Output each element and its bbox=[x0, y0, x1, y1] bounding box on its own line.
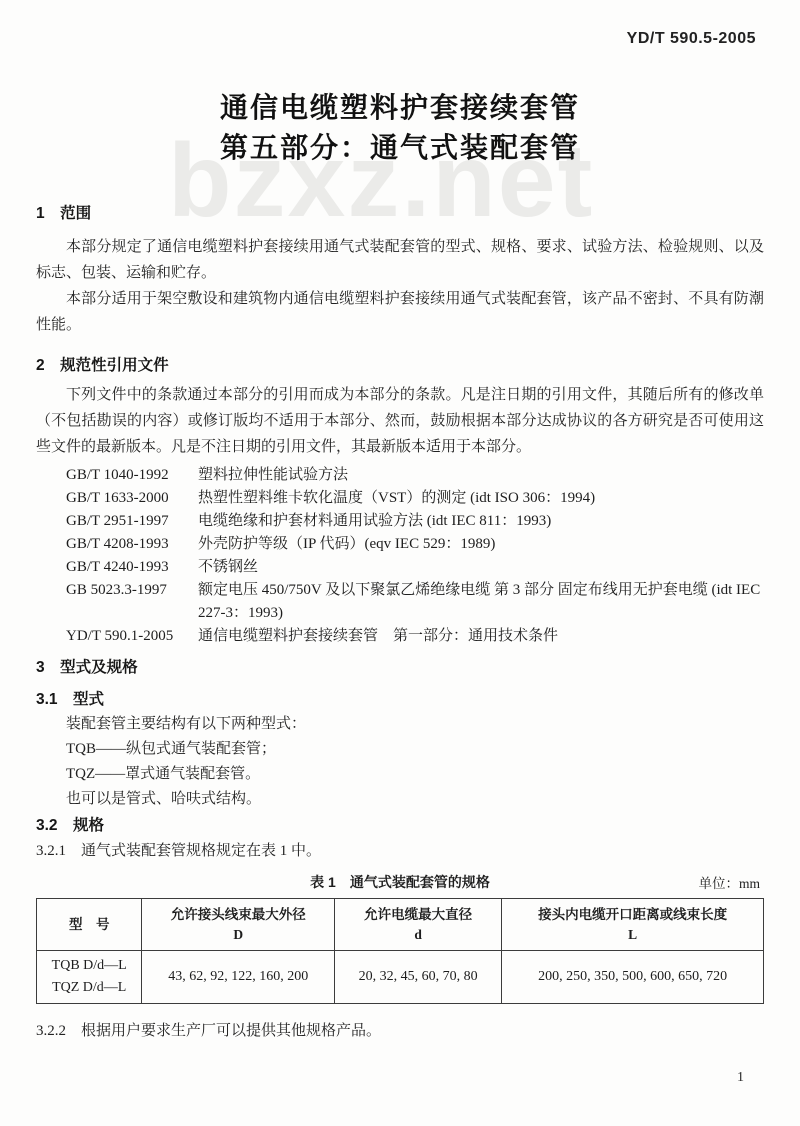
reference-code: YD/T 590.1-2005 bbox=[66, 625, 198, 648]
reference-item: GB/T 1040-1992 塑料拉伸性能试验方法 bbox=[66, 464, 764, 487]
header-d-symbol: d bbox=[337, 925, 499, 945]
header-max-cable-diameter: 允许电缆最大直径 d bbox=[335, 899, 502, 951]
document-title-line1: 通信电缆塑料护套接续套管 bbox=[36, 88, 764, 128]
page-number: 1 bbox=[737, 1070, 744, 1086]
section-3-1-line1: 装配套管主要结构有以下两种型式： bbox=[66, 712, 764, 737]
reference-item: YD/T 590.1-2005 通信电缆塑料护套接续套管 第一部分：通用技术条件 bbox=[66, 625, 764, 648]
reference-title: 不锈钢丝 bbox=[198, 556, 764, 579]
reference-title: 额定电压 450/750V 及以下聚氯乙烯绝缘电缆 第 3 部分 固定布线用无护… bbox=[198, 579, 764, 625]
reference-item: GB/T 2951-1997 电缆绝缘和护套材料通用试验方法 (idt IEC … bbox=[66, 510, 764, 533]
section-3-heading: 3 型式及规格 bbox=[36, 656, 764, 680]
reference-title: 热塑性塑料维卡软化温度（VST）的测定 (idt ISO 306：1994) bbox=[198, 487, 764, 510]
standard-number: YD/T 590.5-2005 bbox=[627, 30, 756, 48]
reference-title: 塑料拉伸性能试验方法 bbox=[198, 464, 764, 487]
section-2-paragraph-1: 下列文件中的条款通过本部分的引用而成为本部分的条款。凡是注日期的引用文件，其随后… bbox=[36, 382, 764, 460]
section-3-2-2-text: 3.2.2 根据用户要求生产厂可以提供其他规格产品。 bbox=[36, 1018, 764, 1044]
document-title-line2: 第五部分：通气式装配套管 bbox=[36, 128, 764, 168]
reference-title: 通信电缆塑料护套接续套管 第一部分：通用技术条件 bbox=[198, 625, 764, 648]
reference-code: GB/T 1633-2000 bbox=[66, 487, 198, 510]
header-opening-length: 接头内电缆开口距离或线束长度 L bbox=[502, 899, 764, 951]
spec-table: 型 号 允许接头线束最大外径 D 允许电缆最大直径 d 接头内电缆开口距离或线束… bbox=[36, 898, 764, 1004]
reference-code: GB/T 1040-1992 bbox=[66, 464, 198, 487]
section-3-2-heading: 3.2 规格 bbox=[36, 814, 764, 838]
section-1-paragraph-1: 本部分规定了通信电缆塑料护套接续用通气式装配套管的型式、规格、要求、试验方法、检… bbox=[36, 234, 764, 286]
header-model: 型 号 bbox=[37, 899, 142, 951]
section-3-1-line4: 也可以是管式、哈呋式结构。 bbox=[66, 787, 764, 812]
section-3-1-line3: TQZ——罩式通气装配套管。 bbox=[66, 762, 764, 787]
reference-code: GB 5023.3-1997 bbox=[66, 579, 198, 602]
reference-code: GB/T 2951-1997 bbox=[66, 510, 198, 533]
table-1-caption: 表 1 通气式装配套管的规格 bbox=[310, 874, 490, 890]
section-3-1-heading: 3.1 型式 bbox=[36, 688, 764, 712]
document-title: 通信电缆塑料护套接续套管 第五部分：通气式装配套管 bbox=[36, 88, 764, 168]
header-max-bundle-diameter: 允许接头线束最大外径 D bbox=[142, 899, 335, 951]
document-content: 通信电缆塑料护套接续套管 第五部分：通气式装配套管 1 范围 本部分规定了通信电… bbox=[0, 0, 800, 1044]
header-L-text: 接头内电缆开口距离或线束长度 bbox=[504, 905, 761, 925]
reference-item: GB/T 4208-1993 外壳防护等级（IP 代码）(eqv IEC 529… bbox=[66, 533, 764, 556]
spec-table-header-row: 型 号 允许接头线束最大外径 D 允许电缆最大直径 d 接头内电缆开口距离或线束… bbox=[37, 899, 764, 951]
section-3-2-1-text: 3.2.1 通气式装配套管规格规定在表 1 中。 bbox=[36, 838, 764, 864]
reference-title: 外壳防护等级（IP 代码）(eqv IEC 529：1989) bbox=[198, 533, 764, 556]
reference-code: GB/T 4240-1993 bbox=[66, 556, 198, 579]
reference-item: GB 5023.3-1997 额定电压 450/750V 及以下聚氯乙烯绝缘电缆… bbox=[66, 579, 764, 625]
reference-item: GB/T 4240-1993 不锈钢丝 bbox=[66, 556, 764, 579]
cell-D-values: 43, 62, 92, 122, 160, 200 bbox=[142, 951, 335, 1004]
cell-model: TQB D/d—L TQZ D/d—L bbox=[37, 951, 142, 1004]
header-D-symbol: D bbox=[144, 925, 332, 945]
header-model-label: 型 号 bbox=[39, 915, 139, 935]
reference-code: GB/T 4208-1993 bbox=[66, 533, 198, 556]
table-1-unit-label: 单位：mm bbox=[698, 874, 760, 894]
document-page: YD/T 590.5-2005 bzxz.net 通信电缆塑料护套接续套管 第五… bbox=[0, 0, 800, 1126]
table-1-caption-row: 表 1 通气式装配套管的规格 单位：mm bbox=[36, 872, 764, 894]
section-1-paragraph-2: 本部分适用于架空敷设和建筑物内通信电缆塑料护套接续用通气式装配套管，该产品不密封… bbox=[36, 286, 764, 338]
section-1-heading: 1 范围 bbox=[36, 202, 764, 226]
cell-d-values: 20, 32, 45, 60, 70, 80 bbox=[335, 951, 502, 1004]
header-d-text: 允许电缆最大直径 bbox=[337, 905, 499, 925]
section-3-1-line2: TQB——纵包式通气装配套管； bbox=[66, 737, 764, 762]
section-2-heading: 2 规范性引用文件 bbox=[36, 354, 764, 378]
header-D-text: 允许接头线束最大外径 bbox=[144, 905, 332, 925]
spec-table-data-row: TQB D/d—L TQZ D/d—L 43, 62, 92, 122, 160… bbox=[37, 951, 764, 1004]
references-list: GB/T 1040-1992 塑料拉伸性能试验方法 GB/T 1633-2000… bbox=[66, 464, 764, 648]
reference-title: 电缆绝缘和护套材料通用试验方法 (idt IEC 811：1993) bbox=[198, 510, 764, 533]
cell-model-line2: TQZ D/d—L bbox=[39, 977, 139, 999]
header-L-symbol: L bbox=[504, 925, 761, 945]
cell-model-line1: TQB D/d—L bbox=[39, 955, 139, 977]
reference-item: GB/T 1633-2000 热塑性塑料维卡软化温度（VST）的测定 (idt … bbox=[66, 487, 764, 510]
cell-L-values: 200, 250, 350, 500, 600, 650, 720 bbox=[502, 951, 764, 1004]
